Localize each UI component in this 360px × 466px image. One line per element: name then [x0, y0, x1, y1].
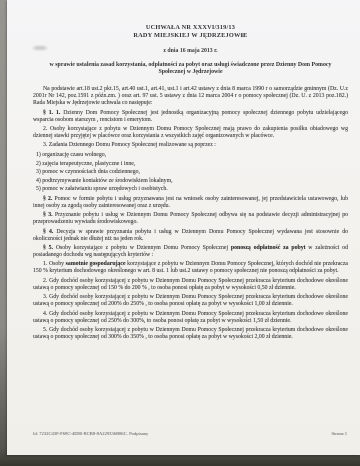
list-item-1: 1) organizację czasu wolnego,	[36, 152, 348, 159]
footer-document-id: Id: 7232C43F-F69C-4D80-BCB8-8A229336B86C…	[33, 431, 148, 436]
list-item-5: 5) pomoc w załatwianiu spraw urzędowych …	[36, 186, 348, 193]
par-4: § 4. Decyzja w sprawie przyznania pobytu…	[33, 229, 348, 243]
par-3: § 3. Przyznanie pobytu i usług w Dzienny…	[33, 212, 348, 226]
footer-page-number: Strona 1	[332, 431, 347, 436]
par-1-ust-2: 2. Osoby korzystające z pobytu w Dzienny…	[33, 126, 348, 140]
document-title-line2: RADY MIEJSKIEJ W JĘDRZEJOWIE	[33, 32, 348, 40]
list-item-3: 3) pomoc w czynnościach dnia codziennego…	[36, 169, 348, 176]
par-5: § 5. Osoby korzystające z pobytu w Dzien…	[33, 245, 348, 259]
scanned-page-background: UCHWAŁA NR XXXVI/319/13 RADY MIEJSKIEJ W…	[0, 0, 360, 466]
par-5-ust-5: 5. Gdy dochód osoby korzystającej z poby…	[33, 327, 348, 341]
par-5-ust-2: 2. Gdy dochód osoby korzystającej z poby…	[33, 278, 348, 292]
document-page: UCHWAŁA NR XXXVI/319/13 RADY MIEJSKIEJ W…	[7, 0, 360, 455]
document-date: z dnia 16 maja 2013 r.	[33, 48, 348, 55]
par-1-ust-3: 3. Zadania Dziennego Domu Pomocy Społecz…	[33, 142, 348, 149]
document-content: UCHWAŁA NR XXXVI/319/13 RADY MIEJSKIEJ W…	[33, 24, 348, 343]
par-5-ust-4: 4. Gdy dochód osoby korzystającej z poby…	[33, 311, 348, 325]
document-body: Na podstawie art.18 ust.2 pkt.15, art.40…	[33, 86, 348, 341]
document-subject: w sprawie ustalenia zasad korzystania, o…	[39, 62, 342, 76]
list-item-4: 4) podtrzymywanie kontaktów ze środowisk…	[36, 178, 348, 185]
par-1-ust-1: § 1. 1. Dzienny Dom Pomocy Społecznej je…	[33, 110, 348, 124]
par-2: § 2. Pomoc w formie pobytu i usług przyz…	[33, 196, 348, 210]
par-5-ust-3: 3. Gdy dochód osoby korzystającej z poby…	[33, 294, 348, 308]
list-item-2: 2) zajęcia terapeutyczne, plastyczne i i…	[36, 161, 348, 168]
page-footer: Id: 7232C43F-F69C-4D80-BCB8-8A229336B86C…	[33, 431, 347, 436]
document-title-line1: UCHWAŁA NR XXXVI/319/13	[33, 24, 348, 32]
par-5-ust-1: 1. Osoby samotnie gospodarujące korzysta…	[33, 261, 348, 275]
preamble-paragraph: Na podstawie art.18 ust.2 pkt.15, art.40…	[33, 86, 348, 107]
